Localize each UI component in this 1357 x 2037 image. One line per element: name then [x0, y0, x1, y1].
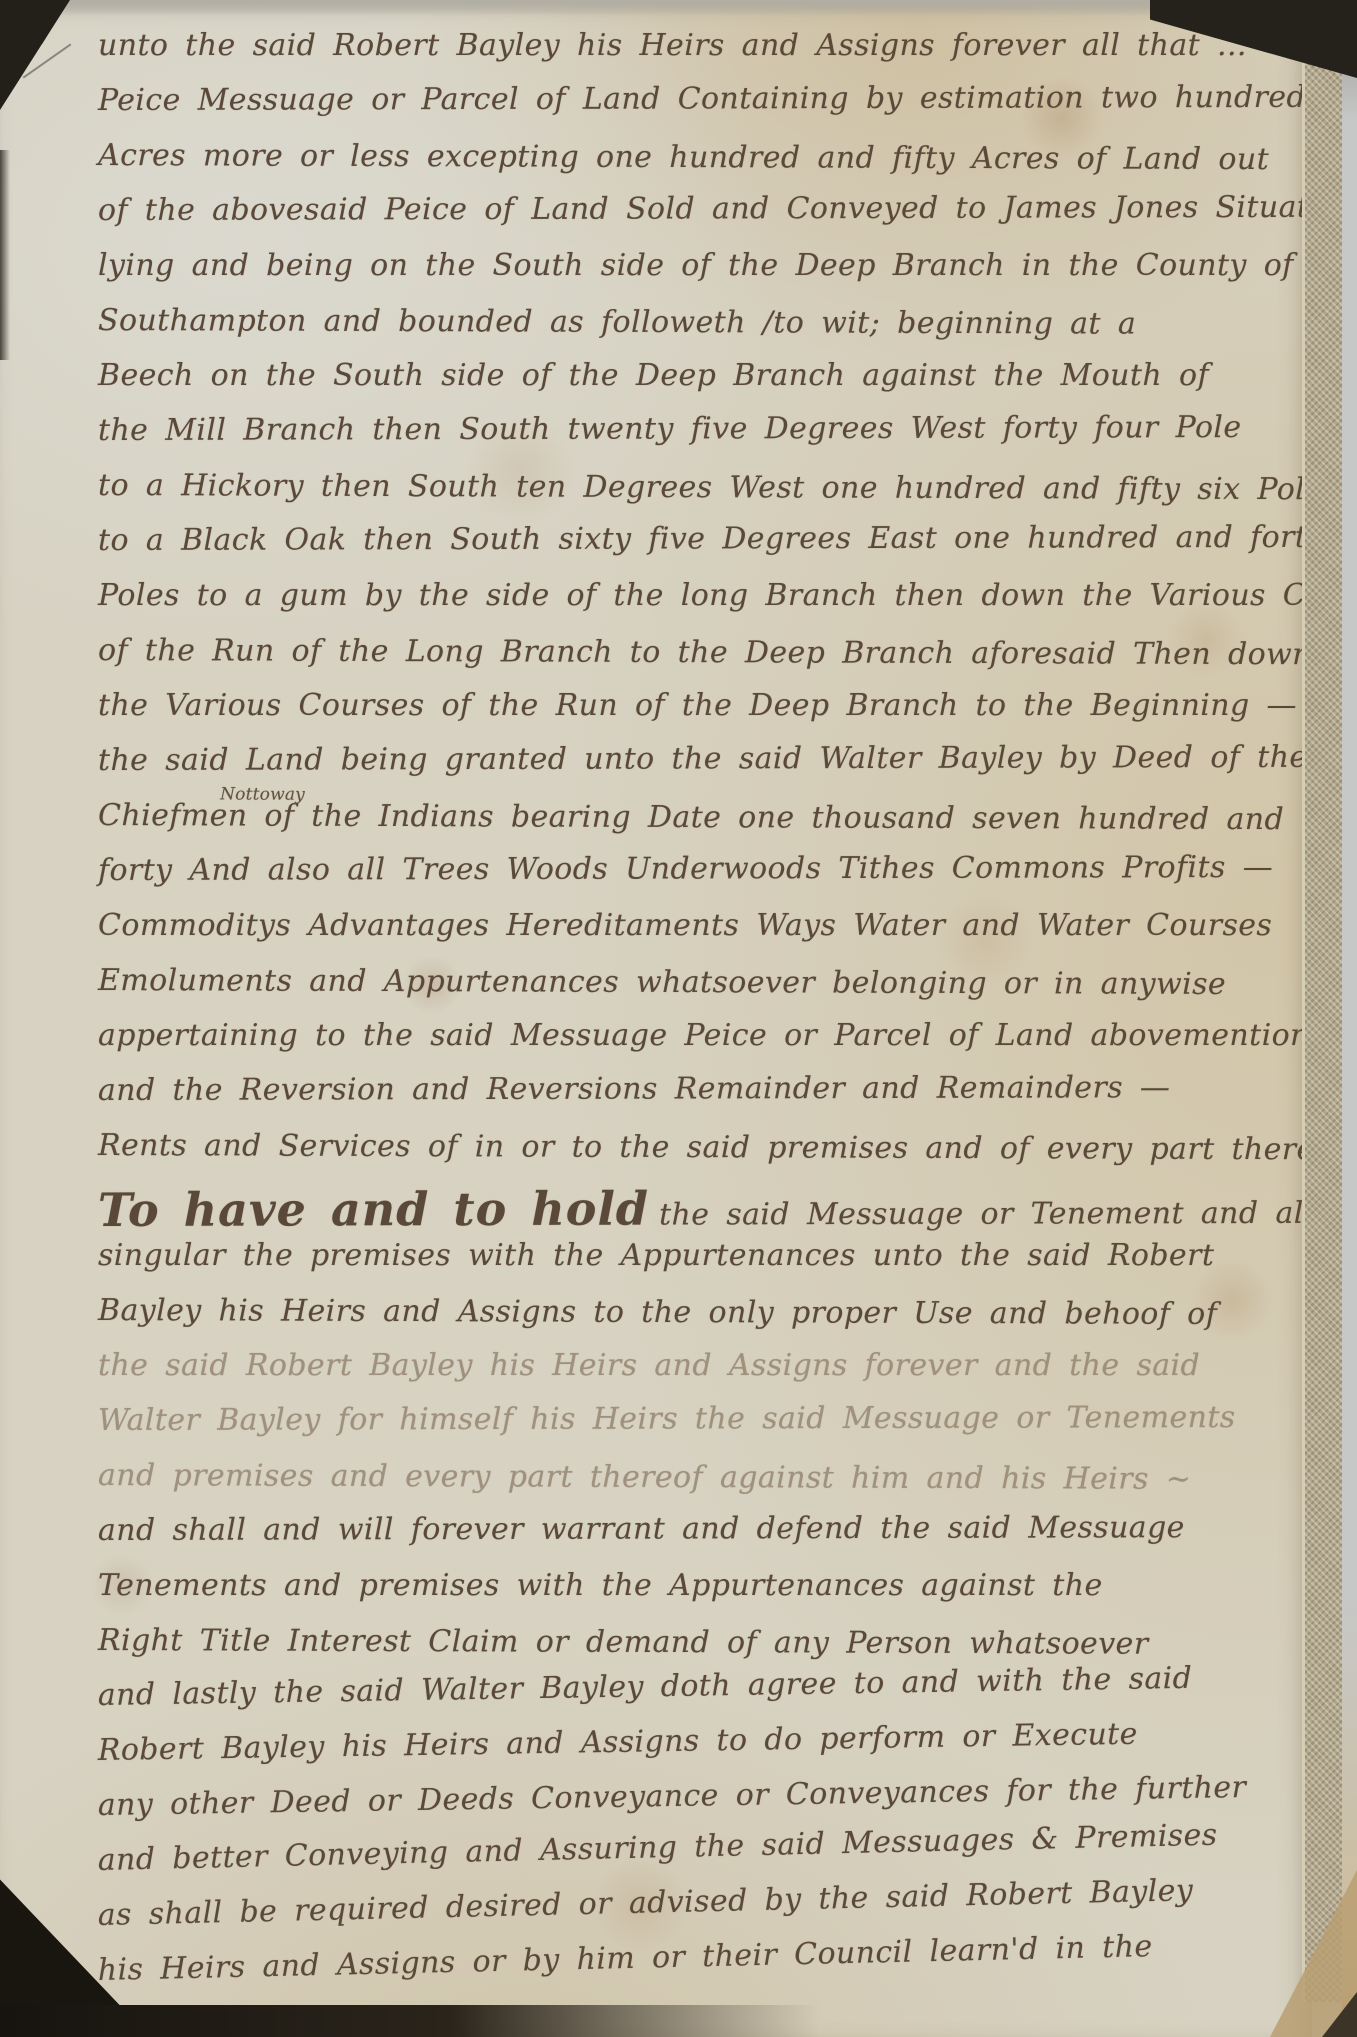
line-text: to a Hickory then South ten Degrees West… — [98, 468, 1323, 507]
manuscript-text-block: unto the said Robert Bayley his Heirs an… — [98, 28, 1328, 2008]
line-text: and premises and every part thereof agai… — [98, 1458, 1191, 1497]
line-text: Tenements and premises with the Appurten… — [98, 1568, 1103, 1603]
manuscript-line: Rents and Services of in or to the said … — [98, 1128, 1328, 1187]
line-text: the said Robert Bayley his Heirs and Ass… — [98, 1348, 1200, 1383]
manuscript-line: Commoditys Advantages Hereditaments Ways… — [98, 908, 1328, 963]
line-text: the Mill Branch then South twenty five D… — [98, 410, 1242, 448]
manuscript-line: lying and being on the South side of the… — [98, 248, 1328, 303]
photo-dark-left-sliver — [0, 150, 10, 360]
line-text: Southampton and bounded as followeth /to… — [98, 303, 1136, 342]
photo-frame: 7 unto the said Robert Bayley his Heirs … — [0, 0, 1357, 2037]
manuscript-line: forty And also all Trees Woods Underwood… — [98, 850, 1328, 908]
manuscript-line: unto the said Robert Bayley his Heirs an… — [98, 28, 1328, 83]
manuscript-line: Beech on the South side of the Deep Bran… — [98, 358, 1328, 413]
line-text: Rents and Services of in or to the said … — [98, 1128, 1345, 1167]
line-text: unto the said Robert Bayley his Heirs an… — [98, 28, 1247, 63]
line-text: the said Messuage or Tenement and all & — [659, 1196, 1357, 1233]
line-text: the Various Courses of the Run of the De… — [98, 688, 1297, 723]
line-text: lying and being on the South side of the… — [98, 248, 1294, 283]
manuscript-line: Acres more or less excepting one hundred… — [98, 138, 1328, 197]
manuscript-line: Emoluments and Appurtenances whatsoever … — [98, 963, 1328, 1022]
manuscript-line: Southampton and bounded as followeth /to… — [98, 303, 1328, 362]
manuscript-line: the Mill Branch then South twenty five D… — [98, 410, 1328, 468]
photo-dark-bottom-edge — [0, 2005, 820, 2037]
manuscript-line: Bayley his Heirs and Assigns to the only… — [98, 1293, 1328, 1352]
line-text: Peice Messuage or Parcel of Land Contain… — [98, 80, 1306, 118]
manuscript-line: of the abovesaid Peice of Land Sold and … — [98, 190, 1328, 248]
line-text: singular the premises with the Appurtena… — [98, 1238, 1214, 1273]
manuscript-line: Poles to a gum by the side of the long B… — [98, 578, 1328, 633]
line-text: of the Run of the Long Branch to the Dee… — [98, 633, 1312, 672]
manuscript-line: of the Run of the Long Branch to the Dee… — [98, 633, 1328, 692]
line-text: Bayley his Heirs and Assigns to the only… — [98, 1293, 1217, 1332]
manuscript-line: the said Robert Bayley his Heirs and Ass… — [98, 1348, 1328, 1403]
line-text: Acres more or less excepting one hundred… — [98, 138, 1269, 177]
manuscript-line: the Various Courses of the Run of the De… — [98, 688, 1328, 743]
line-text: the said Land being granted unto the sai… — [98, 740, 1308, 778]
manuscript-line: to a Black Oak then South sixty five Deg… — [98, 520, 1328, 578]
manuscript-line: and the Reversion and Reversions Remaind… — [98, 1070, 1328, 1128]
interlined-word: Nottoway — [220, 784, 305, 804]
manuscript-page: 7 unto the said Robert Bayley his Heirs … — [0, 0, 1312, 2037]
line-text: Emoluments and Appurtenances whatsoever … — [98, 963, 1226, 1002]
line-text: forty And also all Trees Woods Underwood… — [98, 850, 1273, 888]
line-text: Beech on the South side of the Deep Bran… — [98, 358, 1209, 393]
line-text: Poles to a gum by the side of the long B… — [98, 578, 1357, 613]
manuscript-line: and shall and will forever warrant and d… — [98, 1510, 1328, 1568]
habendum-emphasis: To have and to hold — [98, 1182, 649, 1237]
line-text: to a Black Oak then South sixty five Deg… — [98, 520, 1325, 558]
line-text: and shall and will forever warrant and d… — [98, 1510, 1185, 1548]
line-text: appertaining to the said Messuage Peice … — [98, 1018, 1348, 1053]
manuscript-line: Tenements and premises with the Appurten… — [98, 1568, 1328, 1623]
manuscript-line: appertaining to the said Messuage Peice … — [98, 1018, 1328, 1073]
line-text: Commoditys Advantages Hereditaments Ways… — [98, 908, 1272, 943]
manuscript-line: and premises and every part thereof agai… — [98, 1458, 1328, 1517]
line-text: and the Reversion and Reversions Remaind… — [98, 1070, 1170, 1108]
line-text: Walter Bayley for himself his Heirs the … — [98, 1400, 1236, 1438]
line-text: of the abovesaid Peice of Land Sold and … — [98, 190, 1328, 228]
manuscript-line: singular the premises with the Appurtena… — [98, 1238, 1328, 1293]
manuscript-line: Peice Messuage or Parcel of Land Contain… — [98, 80, 1328, 138]
manuscript-line: To have and to holdthe said Messuage or … — [98, 1180, 1328, 1238]
manuscript-line: Walter Bayley for himself his Heirs the … — [98, 1400, 1328, 1458]
manuscript-line: NottowayChiefmen of the Indians bearing … — [98, 798, 1328, 857]
book-binding-cloth — [1302, 50, 1345, 2002]
adjacent-page-edge — [1342, 0, 1357, 2037]
line-text: Right Title Interest Claim or demand of … — [98, 1623, 1149, 1662]
manuscript-line: to a Hickory then South ten Degrees West… — [98, 468, 1328, 527]
